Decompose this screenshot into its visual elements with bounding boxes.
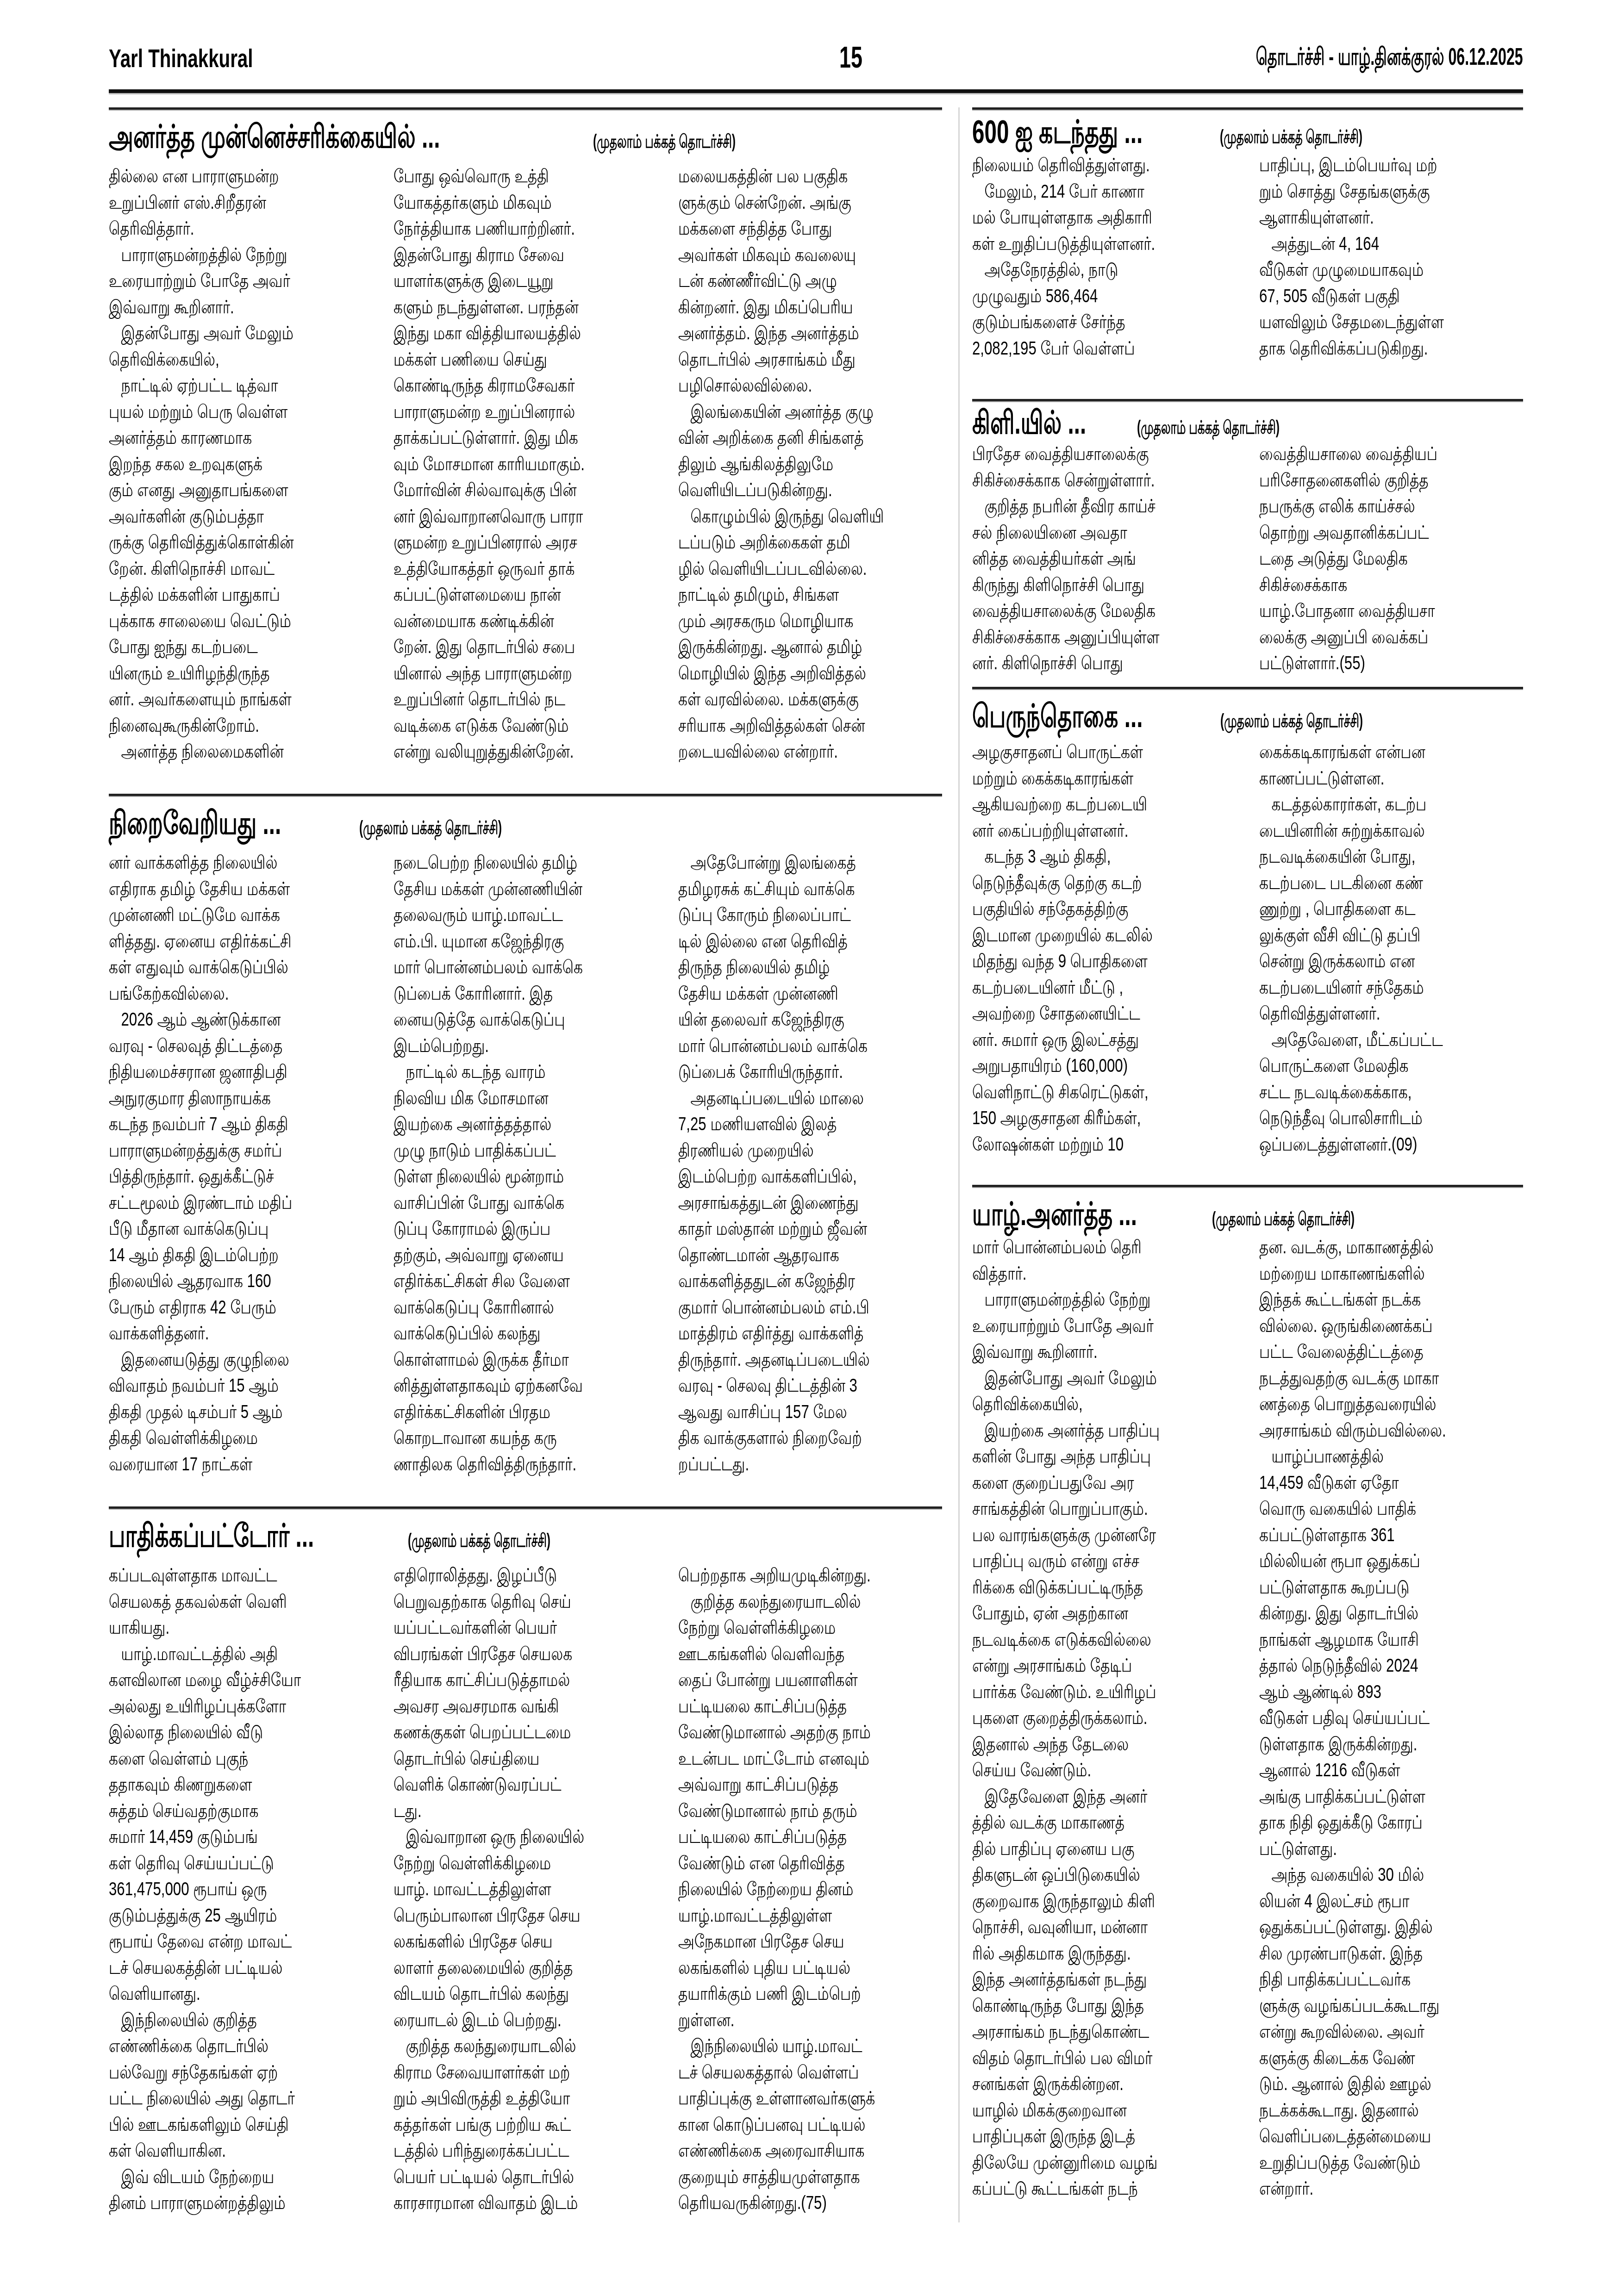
text-line: இவ்வாறு கூறினார். [972, 1339, 1196, 1365]
article-600-kadanthathu: 600 ஐ கடந்தது ... (முதலாம் பக்கத் தொடர்ச… [972, 107, 1523, 361]
text-column: நடைபெற்ற நிலையில் தமிழ்தேசிய மக்கள் முன்… [394, 850, 678, 1477]
text-line: பேரும் எதிராக 42 பேரும் [109, 1294, 331, 1321]
text-line: தொண்டமான் ஆதரவாக [678, 1242, 884, 1269]
text-line: லகங்களில் பிரதேச செய [394, 1929, 616, 1955]
text-line: பாராளுமன்றத்தில் நேற்று [972, 1287, 1196, 1313]
text-line: பாதிப்பு, இடம்பெயர்வு மற் [1259, 152, 1465, 179]
article-kili-yil: கிளி.யில் ... (முதலாம் பக்கத் தொடர்ச்சி)… [972, 399, 1523, 677]
text-line: மேலும், 214 பேர் காணா [972, 179, 1196, 205]
text-line: உரையாற்றும் போதே அவர் [109, 268, 331, 294]
text-line: கான கொடுப்பனவு பட்டியல் [678, 2112, 884, 2138]
text-line: யின் தலைவர் கஜேந்திரகு [678, 1007, 884, 1033]
text-line: ளித்தது. ஏனைய எதிர்க்கட்சி [109, 928, 331, 955]
headline-title: பாதிக்கப்பட்டோர் ... [109, 1517, 314, 1559]
text-line: வைத்தியசாலைக்கு மேலதிக [972, 598, 1196, 624]
text-line: சிகிச்சைக்காக [1259, 572, 1465, 598]
text-line: னித்துள்ளதாகவும் ஏற்கனவே [394, 1373, 616, 1399]
text-line: உறுப்பினர் தொடர்பில் நட [394, 686, 616, 713]
text-line: னர். சுமார் ஒரு இலட்சத்து [972, 1027, 1196, 1053]
text-line: எதிர்க்கட்சிகள் சில வேளை [394, 1268, 616, 1294]
article-perunthogai: பெருந்தொகை ... (முதலாம் பக்கத் தொடர்ச்சி… [972, 687, 1523, 1157]
text-line: யினரும் உயிரிழந்திருந்த [109, 660, 331, 687]
text-line: மற்றும் கைக்கடிகாரங்கள் [972, 765, 1196, 792]
masthead: Yarl Thinakkural 15 தொடர்ச்சி - யாழ்.தின… [109, 35, 1523, 81]
headline-title: நிறைவேறியது ... [109, 804, 281, 846]
text-line: வெளிப்படைத்தன்மையை [1259, 2123, 1465, 2150]
text-line: டச் செயலகத்தால் வெள்ளப் [678, 2060, 884, 2086]
text-line: 2026 ஆம் ஆண்டுக்கான [109, 1007, 331, 1033]
text-column: பெற்றதாக அறியமுடிகின்றது.குறித்த கலந்துர… [678, 1562, 942, 2216]
text-line: வேண்டுமானால் அதற்கு நாம் [678, 1719, 884, 1746]
headline-title: 600 ஐ கடந்தது ... [972, 113, 1143, 155]
text-line: அவற்றை சோதனையிட்ட [972, 1001, 1196, 1027]
text-line: 361,475,000 ரூபாய் ஒரு [109, 1876, 331, 1903]
text-line: நிலவிய மிக மோசமான [394, 1085, 616, 1112]
text-line: பொருட்களை மேலதிக [1259, 1053, 1465, 1079]
text-line: டத்தில் பரிந்துரைக்கப்பட்ட [394, 2138, 616, 2164]
text-line: பட்டியலை காட்சிப்படுத்த [678, 1693, 884, 1720]
text-line: இதன்போது கிராம சேவை [394, 242, 616, 268]
text-line: மற்றைய மாகாணங்களில் [1259, 1261, 1465, 1287]
text-line: கப்பட்டு கூட்டங்கள் நடந் [972, 2176, 1196, 2202]
article-headline: 600 ஐ கடந்தது ... (முதலாம் பக்கத் தொடர்ச… [972, 113, 1523, 150]
text-line: திகதி முதல் டிசம்பர் 5 ஆம் [109, 1399, 331, 1425]
text-line: நாங்கள் ஆழமாக யோசி [1259, 1627, 1465, 1653]
text-line: நிலையில் ஆதரவாக 160 [109, 1268, 331, 1294]
text-line: திருந்தார். அதனடிப்படையில் [678, 1347, 884, 1373]
text-line: கொறடாவான கயந்த கரு [394, 1425, 616, 1451]
text-line: கள் வெளியாகின. [109, 2138, 331, 2164]
headline-continuation: (முதலாம் பக்கத் தொடர்ச்சி) [359, 818, 502, 841]
text-line: செய்ய வேண்டும். [972, 1757, 1196, 1784]
text-line: மிதந்து வந்த 9 பொதிகளை [972, 948, 1196, 975]
text-line: அநுரகுமார திஸாநாயக்க [109, 1085, 331, 1112]
text-line: கிருந்து கிளிநொச்சி பொது [972, 572, 1196, 598]
text-line: அனர்த்தம். இந்த அனர்த்தம் [678, 320, 884, 347]
headline-continuation: (முதலாம் பக்கத் தொடர்ச்சி) [593, 131, 736, 155]
text-line: குடும்பங்களைச் சேர்ந்த [972, 309, 1196, 336]
text-line: வாக்கெடுப்பு கோரினால் [394, 1294, 616, 1321]
article-headline: அனர்த்த முன்னெச்சரிக்கையில் ... (முதலாம்… [109, 118, 942, 155]
text-line: தேசிய மக்கள் முன்னணி [678, 981, 884, 1007]
text-line: ரையாடல் இடம் பெற்றது. [394, 2007, 616, 2034]
text-line: அனர்த்தம் காரணமாக [109, 425, 331, 451]
text-line: றேன். இது தொடர்பில் சபை [394, 634, 616, 660]
article-body: மார் பொன்னம்பலம் தெரிவித்தார்.பாராளுமன்ற… [972, 1234, 1523, 2202]
text-line: வைத்தியசாலை வைத்தியப் [1259, 441, 1465, 467]
text-line: அரசாங்கம் நடந்துகொண்ட [972, 2019, 1196, 2045]
text-line: பாராளுமன்றத்தில் நேற்று [109, 242, 331, 268]
text-line: உரையாற்றும் போதே அவர் [972, 1313, 1196, 1339]
text-line: தன. வடக்கு, மாகாணத்தில் [1259, 1234, 1465, 1261]
text-line: இந்த அனர்த்தங்கள் நடந்து [972, 1966, 1196, 1993]
text-line: முன்னணி மட்டுமே வாக்க [109, 902, 331, 928]
text-line: களை குறைப்பதுவே அர [972, 1470, 1196, 1496]
text-line: கப்பட்டுள்ளமையை நான் [394, 582, 616, 608]
text-line: தில்லை என பாராளுமன்ற [109, 163, 331, 190]
text-line: நடத்துவதற்கு வடக்கு மாகா [1259, 1365, 1465, 1392]
text-line: லகங்களில் புதிய பட்டியல் [678, 1955, 884, 1981]
text-line: அங்கு பாதிக்கப்பட்டுள்ள [1259, 1784, 1465, 1810]
text-line: நடக்கக்கூடாது. இதனால் [1259, 2097, 1465, 2124]
text-line: ஊடகங்களில் வெளிவந்த [678, 1641, 884, 1668]
text-line: கடந்த நவம்பர் 7 ஆம் திகதி [109, 1111, 331, 1138]
text-line: தினம் பாராளுமன்றத்திலும் [109, 2190, 331, 2216]
text-column: தில்லை என பாராளுமன்றஉறுப்பினர் எஸ்.சிறீத… [109, 163, 394, 765]
text-line: கள் எதுவும் வாக்கெடுப்பில் [109, 954, 331, 981]
text-line: நடவடிக்கை எடுக்கவில்லை [972, 1627, 1196, 1653]
text-line: லாளர் தலைமையில் குறித்த [394, 1955, 616, 1981]
text-line: திகதி வெள்ளிக்கிழமை [109, 1425, 331, 1451]
text-line: னித்த வைத்தியர்கள் அங் [972, 546, 1196, 572]
headline-continuation: (முதலாம் பக்கத் தொடர்ச்சி) [1220, 711, 1363, 734]
text-line: ளுமன்ற உறுப்பினரால் அரச [394, 529, 616, 556]
text-line: மார் பொன்னம்பலம் வாக்கெ [678, 1033, 884, 1059]
text-line: ஆம் ஆண்டில் 893 [1259, 1679, 1465, 1705]
publication-name: Yarl Thinakkural [109, 43, 253, 73]
text-line: சட்ட நடவடிக்கைக்காக, [1259, 1079, 1465, 1106]
headline-continuation: (முதலாம் பக்கத் தொடர்ச்சி) [1220, 127, 1362, 150]
text-column: போது ஒவ்வொரு உத்தியோகத்தர்களும் மிகவும்ந… [394, 163, 678, 765]
text-line: தொற்று அவதானிக்கப்பட் [1259, 520, 1465, 546]
text-line: ரில் அதிகமாக இருந்தது. [972, 1941, 1196, 1967]
text-line: வடிக்கை எடுக்க வேண்டும் [394, 713, 616, 739]
text-line: யாளர்களுக்கு இடையூறு [394, 268, 616, 294]
headline-title: யாழ்.அனர்த்த ... [972, 1195, 1137, 1237]
text-line: 67, 505 வீடுகள் பகுதி [1259, 283, 1465, 310]
text-line: எம்.பி. யுமான கஜேந்திரகு [394, 928, 616, 955]
text-line: வரையான 17 நாட்கள் [109, 1451, 331, 1478]
text-line: அறுபதாயிரம் (160,000) [972, 1053, 1196, 1079]
text-line: அவர்கள் மிகவும் கவலையு [678, 242, 884, 268]
text-line: திரணியல் முறையில் [678, 1138, 884, 1164]
text-column: பாதிப்பு, இடம்பெயர்வு மற்றும் சொத்து சேத… [1259, 152, 1523, 361]
text-column: அதேபோன்று இலங்கைத்தமிழரசுக் கட்சியும் வா… [678, 850, 942, 1477]
text-line: பார்க்க வேண்டும். உயிரிழப் [972, 1679, 1196, 1705]
text-line: கடற்படையினர் மீட்டு , [972, 975, 1196, 1001]
text-line: யினால் அந்த பாராளுமன்ற [394, 660, 616, 687]
section-rule [972, 107, 1523, 111]
text-line: வில்லை. ஒருங்கிணைக்கப் [1259, 1313, 1465, 1339]
text-column: நிலையம் தெரிவித்துள்ளது.மேலும், 214 பேர்… [972, 152, 1259, 361]
text-line: வரவு - செலவு திட்டத்தின் 3 [678, 1373, 884, 1399]
text-line: பங்கேற்கவில்லை. [109, 981, 331, 1007]
text-line: தெரிவித்தார். [109, 216, 331, 242]
text-line: விபரங்கள் பிரதேச செயலக [394, 1641, 616, 1668]
text-line: லியன் 4 இலட்சம் ரூபா [1259, 1888, 1465, 1915]
text-line: இதன்போது அவர் மேலும் [109, 320, 331, 347]
text-line: அவசர அவசரமாக வங்கி [394, 1693, 616, 1720]
text-line: யாகியது. [109, 1615, 331, 1641]
text-line: பாராளுமன்றத்துக்கு சமர்ப் [109, 1138, 331, 1164]
text-line: என்றார். [1259, 2176, 1465, 2202]
text-line: புகளை குறைத்திருக்கலாம். [972, 1705, 1196, 1731]
text-line: எதிர்க்கட்சிகளின் பிரதம [394, 1399, 616, 1425]
text-line: ஒப்படைத்துள்ளனர்.(09) [1259, 1132, 1465, 1158]
text-line: தாக நிதி ஒதுக்கீடு கோரப் [1259, 1810, 1465, 1836]
text-line: வும் மோசமான காரியமாகும். [394, 451, 616, 478]
text-line: மார் பொன்னம்பலம் தெரி [972, 1234, 1196, 1261]
headline-continuation: (முதலாம் பக்கத் தொடர்ச்சி) [1212, 1209, 1355, 1232]
text-line: வேண்டும் என தெரிவித்த [678, 1850, 884, 1877]
text-line: தொடர்பில் அரசாங்கம் மீது [678, 347, 884, 373]
text-line: ளுக்கு வழங்கப்படக்கூடாது [1259, 1993, 1465, 2019]
text-line: நடவடிக்கையின் போது, [1259, 844, 1465, 870]
text-line: பாராளுமன்ற உறுப்பினரால் [394, 399, 616, 425]
text-line: காதர் மஸ்தான் மற்றும் ஜீவன் [678, 1216, 884, 1242]
text-line: குறையும் சாத்தியமுள்ளதாக [678, 2164, 884, 2190]
text-line: கள் உறுதிப்படுத்தியுள்ளனர். [972, 231, 1196, 257]
text-line: ணுற்று , பொதிகளை கட [1259, 896, 1465, 922]
text-line: டுள்ள நிலையில் மூன்றாம் [394, 1164, 616, 1190]
text-line: இந்து மகா வித்தியாலயத்தில் [394, 320, 616, 347]
text-line: கள் தெரிவு செய்யப்பட்டு [109, 1850, 331, 1877]
text-line: குறைவாக இருந்தாலும் கிளி [972, 1888, 1196, 1915]
text-line: லுக்குள் வீசி விட்டு தப்பி [1259, 922, 1465, 949]
text-line: சட்டமூலம் இரண்டாம் மதிப் [109, 1190, 331, 1216]
text-line: ஒதுக்கப்பட்டுள்ளது. இதில் [1259, 1914, 1465, 1941]
text-line: போது ஒவ்வொரு உத்தி [394, 163, 616, 190]
text-line: மோர்வின் சில்வாவுக்கு பின் [394, 477, 616, 504]
text-line: கடத்தல்காரர்கள், கடற்ப [1259, 791, 1465, 818]
text-line: பல வாரங்களுக்கு முன்னரே [972, 1522, 1196, 1549]
text-line: வீடுகள் பதிவு செய்யப்பட் [1259, 1705, 1465, 1731]
text-line: ளுக்கும் சென்றேன். அங்கு [678, 190, 884, 216]
text-line: கிராம சேவையாளர்கள் மற் [394, 2060, 616, 2086]
text-line: னர். கிளிநொச்சி பொது [972, 650, 1196, 677]
text-line: சரியாக அறிவித்தல்கள் சென் [678, 713, 884, 739]
text-line: பட்ட நிலையில் அது தொடர் [109, 2085, 331, 2112]
section-rule [972, 1185, 1523, 1188]
article-body: தில்லை என பாராளுமன்றஉறுப்பினர் எஸ்.சிறீத… [109, 163, 942, 765]
article-body: கப்படவுள்ளதாக மாவட்டசெயலகத் தகவல்கள் வெள… [109, 1562, 942, 2216]
headline-title: அனர்த்த முன்னெச்சரிக்கையில் ... [109, 118, 440, 160]
text-line: சனங்கள் இருக்கின்றன. [972, 2071, 1196, 2097]
text-line: இந்நிலையில் யாழ்.மாவட் [678, 2033, 884, 2060]
text-line: றும் அபிவிருத்தி உத்தியோ [394, 2085, 616, 2112]
text-line: ருக்கு தெரிவித்துக்கொள்கின் [109, 529, 331, 556]
text-line: கப்பட்டுள்ளதாக 361 [1259, 1522, 1465, 1549]
text-line: தாக்கப்பட்டுள்ளார். இது மிக [394, 425, 616, 451]
text-line: சல் நிலையினை அவதா [972, 520, 1196, 546]
text-line: என்று வலியுறுத்துகின்றேன். [394, 739, 616, 765]
text-column: கைக்கடிகாரங்கள் என்பனகாணப்பட்டுள்ளன.கடத்… [1259, 739, 1523, 1157]
text-line: நிதியமைச்சரான ஜனாதிபதி [109, 1059, 331, 1085]
text-line: விவாதம் நவம்பர் 15 ஆம் [109, 1373, 331, 1399]
text-line: கடந்த 3 ஆம் திகதி, [972, 844, 1196, 870]
text-line: சுமார் 14,459 குடும்பங் [109, 1824, 331, 1850]
text-column: மலையகத்தின் பல பகுதிகளுக்கும் சென்றேன். … [678, 163, 942, 765]
text-column: மார் பொன்னம்பலம் தெரிவித்தார்.பாராளுமன்ற… [972, 1234, 1259, 2202]
text-line: அந்த வகையில் 30 மில் [1259, 1862, 1465, 1888]
text-line: பட்டியலை காட்சிப்படுத்த [678, 1824, 884, 1850]
text-line: அழகுசாதனப் பொருட்கள் [972, 739, 1196, 765]
text-line: வெளிநாட்டு சிகரெட்டுகள், [972, 1079, 1196, 1106]
article-body: அழகுசாதனப் பொருட்கள்மற்றும் கைக்கடிகாரங்… [972, 739, 1523, 1157]
text-line: இயற்கை அனர்த்த பாதிப்பு [972, 1418, 1196, 1444]
text-line: யாழில் மிகக்குறைவான [972, 2097, 1196, 2124]
text-line: பாதிப்புக்கு உள்ளானவர்களுக் [678, 2085, 884, 2112]
text-line: யாழ்ப்பாணத்தில் [1259, 1444, 1465, 1470]
text-line: தாக தெரிவிக்கப்படுகிறது. [1259, 336, 1465, 362]
text-line: பெறுவதற்காக தெரிவு செய் [394, 1589, 616, 1615]
text-line: தெரிவிக்கையில், [972, 1391, 1196, 1418]
article-headline: கிளி.யில் ... (முதலாம் பக்கத் தொடர்ச்சி) [972, 404, 1523, 441]
text-line: பட்டுள்ளதாக கூறப்படு [1259, 1574, 1465, 1601]
text-line: பாதிப்புகள் இருந்த இடத் [972, 2123, 1196, 2150]
text-line: குமார் பொன்னம்பலம் எம்.பி [678, 1294, 884, 1321]
text-line: ரிக்கை விடுக்கப்பட்டிருந்த [972, 1574, 1196, 1601]
text-line: லைக்கு அனுப்பி வைக்கப் [1259, 624, 1465, 651]
article-headline: நிறைவேறியது ... (முதலாம் பக்கத் தொடர்ச்ச… [109, 804, 942, 841]
text-line: வரவு - செலவுத் திட்டத்தை [109, 1033, 331, 1059]
text-line: இதனால் அந்த தேடலை [972, 1731, 1196, 1758]
text-line: களவிலான மழை வீழ்ச்சியோ [109, 1667, 331, 1693]
text-line: வாக்கெடுப்பில் கலந்து [394, 1320, 616, 1347]
text-line: இவ்வாறு கூறினார். [109, 294, 331, 321]
text-line: த்தால் நெடுந்தீவில் 2024 [1259, 1653, 1465, 1679]
text-line: பெயர் பட்டியல் தொடர்பில் [394, 2164, 616, 2190]
text-column: எதிரொலித்தது. இழப்பீடுபெறுவதற்காக தெரிவு… [394, 1562, 678, 2216]
article-yarl-anartha: யாழ்.அனர்த்த ... (முதலாம் பக்கத் தொடர்ச்… [972, 1185, 1523, 2202]
column-divider [958, 107, 960, 2222]
text-column: தன. வடக்கு, மாகாணத்தில்மற்றைய மாகாணங்களி… [1259, 1234, 1523, 2202]
article-body: பிரதேச வைத்தியசாலைக்குசிகிச்சைக்காக சென்… [972, 441, 1523, 677]
text-line: கொண்டிருந்த கிராமசேவகர் [394, 373, 616, 399]
section-rule [109, 794, 942, 797]
section-rule [972, 399, 1523, 402]
headline-continuation: (முதலாம் பக்கத் தொடர்ச்சி) [408, 1531, 550, 1554]
text-line: ஆவது வாசிப்பு 157 மேல [678, 1399, 884, 1425]
text-line: திகளுடன் ஒப்பிடுகையில் [972, 1862, 1196, 1888]
text-line: டுள்ளதாக இருக்கின்றது. [1259, 1731, 1465, 1758]
text-line: நேர்த்தியாக பணியாற்றினர். [394, 216, 616, 242]
section-rule [109, 1506, 942, 1510]
text-column: னர் வாக்களித்த நிலையில்எதிராக தமிழ் தேசி… [109, 850, 394, 1477]
article-anartha-munnecharikkai: அனர்த்த முன்னெச்சரிக்கையில் ... (முதலாம்… [109, 107, 942, 765]
text-line: மார் பொன்னம்பலம் வாக்கெ [394, 954, 616, 981]
text-line: டுப்பு கோரும் நிலைப்பாட் [678, 902, 884, 928]
text-line: 2,082,195 பேர் வெள்ளப் [972, 336, 1196, 362]
text-line: ஆகியவற்றை கடற்படையி [972, 791, 1196, 818]
text-line: தற்கும், அவ்வாறு ஏனைய [394, 1242, 616, 1269]
text-line: நாட்டில் தமிழும், சிங்கள [678, 582, 884, 608]
text-line: நடைபெற்ற நிலையில் தமிழ் [394, 850, 616, 876]
text-line: டில் இல்லை என தெரிவித் [678, 928, 884, 955]
text-line: போது ஐந்து கடற்படை [109, 634, 331, 660]
section-rule [972, 687, 1523, 690]
text-line: வெளியிடப்படுகின்றது. [678, 477, 884, 504]
text-line: டச் செயலகத்தின் பட்டியல் [109, 1955, 331, 1981]
article-headline: யாழ்.அனர்த்த ... (முதலாம் பக்கத் தொடர்ச்… [972, 1195, 1523, 1232]
text-line: திலும் ஆங்கிலத்திலுமே [678, 451, 884, 478]
article-body: னர் வாக்களித்த நிலையில்எதிராக தமிழ் தேசி… [109, 850, 942, 1477]
text-line: கின்றது. இது தொடர்பில் [1259, 1600, 1465, 1627]
text-line: கணக்குகள் பெறப்பட்டமை [394, 1719, 616, 1746]
text-line: பல்வேறு சந்தேகங்கள் ஏற் [109, 2060, 331, 2086]
text-line: ழில் வெளியிடப்படவில்லை. [678, 556, 884, 582]
text-line: பட்டுள்ளார்.(55) [1259, 650, 1465, 677]
text-line: வெளிக் கொண்டுவரப்பட் [394, 1772, 616, 1798]
text-line: குறித்த கலந்துரையாடலில் [394, 2033, 616, 2060]
text-line: தமிழரசுக் கட்சியும் வாக்கெ [678, 876, 884, 902]
text-line: தெரிவிக்கையில், [109, 347, 331, 373]
text-line: டும். ஆனால் இதில் ஊழல் [1259, 2071, 1465, 2097]
text-line: அவ்வாறு காட்சிப்படுத்த [678, 1772, 884, 1798]
text-line: குறித்த கலந்துரையாடலில் [678, 1589, 884, 1615]
text-line: இல்லாத நிலையில் வீடு [109, 1719, 331, 1746]
text-line: றேன். கிளிநொச்சி மாவட் [109, 556, 331, 582]
text-line: மலையகத்தின் பல பகுதிக [678, 163, 884, 190]
text-line: அரசாங்கத்துடன் இணைந்து [678, 1190, 884, 1216]
text-line: சுத்தம் செய்வதற்குமாக [109, 1798, 331, 1824]
text-line: னையடுத்தே வாக்கெடுப்பு [394, 1007, 616, 1033]
text-line: அல்லது உயிரிழப்புக்களோ [109, 1693, 331, 1720]
text-line: ததாகவும் கிணறுகளை [109, 1772, 331, 1798]
text-line: இவ்வாறான ஒரு நிலையில் [394, 1824, 616, 1850]
text-line: பரிசோதனைகளில் குறித்த [1259, 467, 1465, 494]
text-line: னர் கைப்பற்றியுள்ளனர். [972, 818, 1196, 844]
article-pathikkappattor: பாதிக்கப்பட்டோர் ... (முதலாம் பக்கத் தொட… [109, 1506, 942, 2216]
text-line: மக்களை சந்தித்த போது [678, 216, 884, 242]
text-line: தேசிய மக்கள் முன்னணியின் [394, 876, 616, 902]
text-line: மக்கள் பணியை செய்து [394, 347, 616, 373]
text-line: களுக்கு கிடைக்க வேண் [1259, 2045, 1465, 2072]
article-niraiveriyathu: நிறைவேறியது ... (முதலாம் பக்கத் தொடர்ச்ச… [109, 794, 942, 1477]
text-line: நபருக்கு எலிக் காய்ச்சல் [1259, 493, 1465, 520]
text-line: வன்மையாக கண்டிக்கின் [394, 608, 616, 635]
text-line: கொழும்பில் இருந்து வெளியி [678, 504, 884, 530]
text-line: முழுவதும் 586,464 [972, 283, 1196, 310]
text-line: உத்தியோகத்தர் ஒருவர் தாக் [394, 556, 616, 582]
text-line: தில் பாதிப்பு ஏனைய பகு [972, 1836, 1196, 1862]
text-line: டுப்பைக் கோரியிருந்தார். [678, 1059, 884, 1085]
text-line: இவ் விடயம் நேற்றைய [109, 2164, 331, 2190]
text-line: பில் ஊடகங்களிலும் செய்தி [109, 2112, 331, 2138]
text-line: கொண்டிருந்த போது இந்த [972, 1993, 1196, 2019]
text-line: நாட்டில் ஏற்பட்ட டித்வா [109, 373, 331, 399]
text-line: மாத்திரம் எதிர்த்து வாக்களித் [678, 1320, 884, 1347]
text-line: இதேவேளை இந்த அனர் [972, 1784, 1196, 1810]
text-line: இலங்கையின் அனர்த்த குழு [678, 399, 884, 425]
text-line: பித்திருந்தார். ஒதுக்கீட்டுச் [109, 1164, 331, 1190]
text-line: அநேகமான பிரதேச செய [678, 1929, 884, 1955]
text-line: மொழியில் இந்த அறிவித்தல் [678, 660, 884, 687]
text-line: லோஷன்கள் மற்றும் 10 [972, 1132, 1196, 1158]
text-line: யாழ்.மாவட்டத்திலுள்ள [678, 1903, 884, 1929]
text-line: பகுதியில் சந்தேகத்திற்கு [972, 896, 1196, 922]
text-line: கடற்படையினர் சந்தேகம் [1259, 975, 1465, 1001]
text-line: ரீதியாக காட்சிப்படுத்தாமல் [394, 1667, 616, 1693]
text-line: நிலையில் நேற்றைய தினம் [678, 1876, 884, 1903]
text-line: வேண்டுமானால் நாம் தரும் [678, 1798, 884, 1824]
text-line: கும் எனது அனுதாபங்களை [109, 477, 331, 504]
text-line: பெற்றதாக அறியமுடிகின்றது. [678, 1562, 884, 1589]
text-line: டது. [394, 1798, 616, 1824]
text-line: னர் இவ்வாறானவொரு பாரா [394, 504, 616, 530]
text-line: களும் நடந்துள்ளன. பரந்தன் [394, 294, 616, 321]
text-line: புக்காக சாலையை வெட்டும் [109, 608, 331, 635]
text-line: கப்படவுள்ளதாக மாவட்ட [109, 1562, 331, 1589]
text-line: 7,25 மணியளவில் இலத் [678, 1111, 884, 1138]
text-line: வொரு வகையில் பாதிக் [1259, 1496, 1465, 1522]
text-line: நாட்டில் கடந்த வாரம் [394, 1059, 616, 1085]
text-line: யாழ்.போதனா வைத்தியசா [1259, 598, 1465, 624]
text-line: வீடுகள் முழுமையாகவும் [1259, 257, 1465, 283]
text-column: கப்படவுள்ளதாக மாவட்டசெயலகத் தகவல்கள் வெள… [109, 1562, 394, 2216]
text-line: கள் வரவில்லை. மக்களுக்கு [678, 686, 884, 713]
text-line: டுப்பு கோராமல் இருப்ப [394, 1216, 616, 1242]
